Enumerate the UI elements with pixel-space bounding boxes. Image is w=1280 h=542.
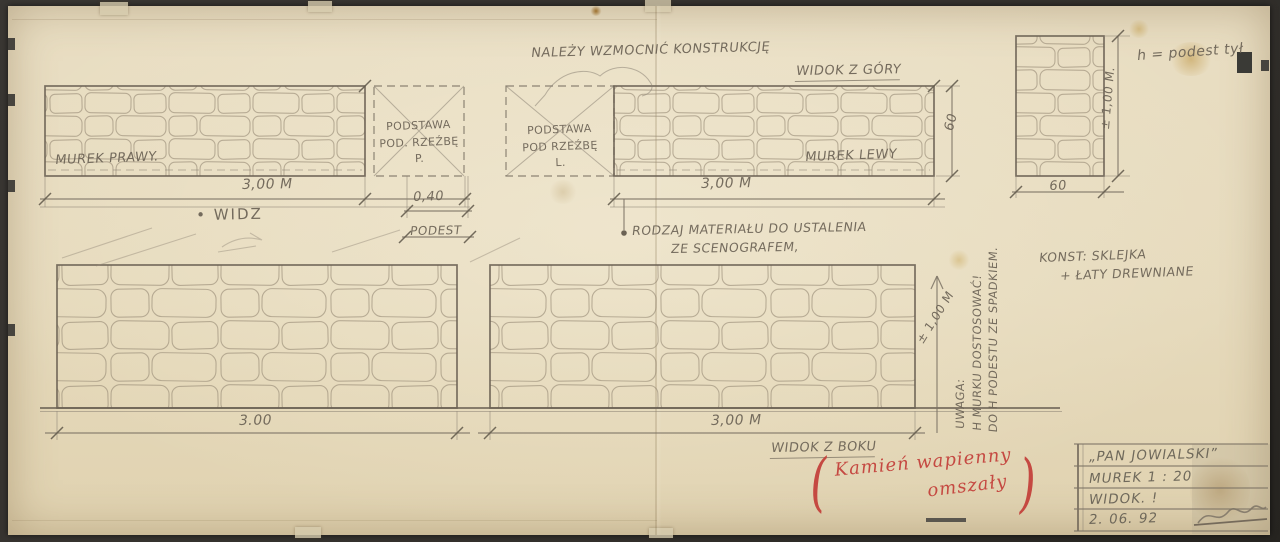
dim-side-left-wall: 3.00 <box>237 412 273 429</box>
title-block-view: WIDOK. ! <box>1088 490 1160 508</box>
top-view-wall-left <box>614 86 934 176</box>
title-block-subject-scale: MUREK 1 : 20 <box>1088 468 1194 487</box>
viewer-arrow-sketch <box>218 233 262 252</box>
pedestal-p-label: PODSTAWA POD. RZEŹBĘ P. <box>373 116 465 169</box>
side-view-wall-right <box>490 265 915 408</box>
dim-side-right-wall: 3,00 M <box>709 412 762 429</box>
red-note-open-paren: ( <box>809 451 828 515</box>
side-view-wall-left <box>57 265 457 408</box>
pedestal-l-label: PODSTAWA POD RZEŹBĘ L. <box>505 120 615 173</box>
title-block-date: 2. 06. 92 <box>1088 510 1160 528</box>
top-view-title: WIDOK Z GÓRY <box>795 62 902 82</box>
ground-lines <box>40 408 1062 412</box>
material-note-leader <box>621 199 627 236</box>
scanned-drawing-sheet: NALEŻY WZMOCNIĆ KONSTRUKCJĘ WIDOK Z GÓRY… <box>0 0 1280 542</box>
uwaga-note: UWAGA: H MURKU DOSTOSOWAĆ! DO H PODESTU … <box>952 242 1002 433</box>
dim-top-right-wall: 3,00 M <box>240 176 293 193</box>
material-note-line2: ZE SCENOGRAFEM, <box>670 239 800 256</box>
red-note: ( Kamień wapienny omszały ) <box>809 448 1037 514</box>
podest-label: PODEST <box>409 223 462 238</box>
viewer-label: • WIDZ <box>196 205 263 224</box>
red-note-close-paren: ) <box>1018 452 1037 516</box>
dim-top-left-wall: 3,00 M <box>699 175 752 192</box>
dim-end-width: 60 <box>1048 178 1067 194</box>
dim-podest-width: 0,40 <box>412 189 445 205</box>
red-note-line2: omszały <box>926 470 1013 501</box>
